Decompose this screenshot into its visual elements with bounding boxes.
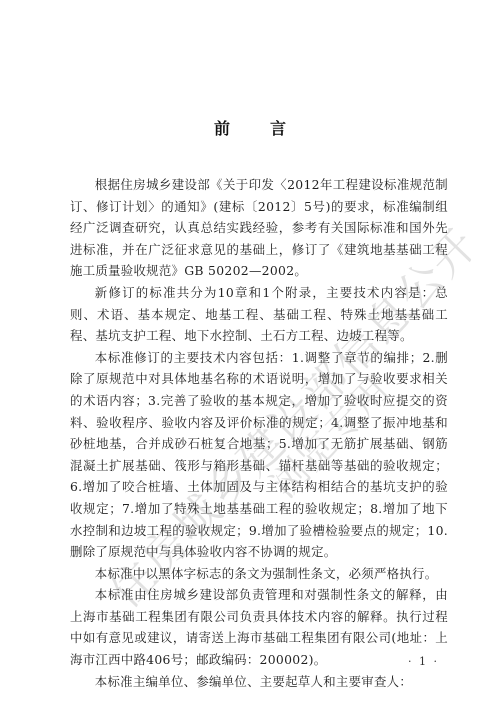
title-char-1: 前: [214, 119, 230, 138]
title-char-2: 言: [270, 119, 286, 138]
paragraph-background: 根据住房城乡建设部《关于印发〈2012年工程建设标准规范制订、修订计划〉的通知》…: [70, 174, 448, 282]
paragraph-mandatory: 本标准中以黑体字标志的条文为强制性条文，必须严格执行。: [70, 563, 448, 585]
paragraph-contents: 新修订的标准共分为10章和1个附录，主要技术内容是：总则、术语、基本规定、地基工…: [70, 282, 448, 347]
paragraph-editors: 本标准主编单位、参编单位、主要起草人和主要审查人：: [70, 671, 448, 693]
paragraph-management: 本标准由住房城乡建设部负责管理和对强制性条文的解释，由上海市基础工程集团有限公司…: [70, 584, 448, 670]
page-number: · 1 ·: [408, 655, 439, 668]
preface-body: 根据住房城乡建设部《关于印发〈2012年工程建设标准规范制订、修订计划〉的通知》…: [70, 174, 448, 692]
page-title: 前言: [0, 116, 500, 139]
document-page: 前言 根据住房城乡建设部《关于印发〈2012年工程建设标准规范制订、修订计划〉的…: [0, 0, 500, 725]
paragraph-revisions: 本标准修订的主要技术内容包括：1.调整了章节的编排；2.删除了原规范中对具体地基…: [70, 347, 448, 563]
